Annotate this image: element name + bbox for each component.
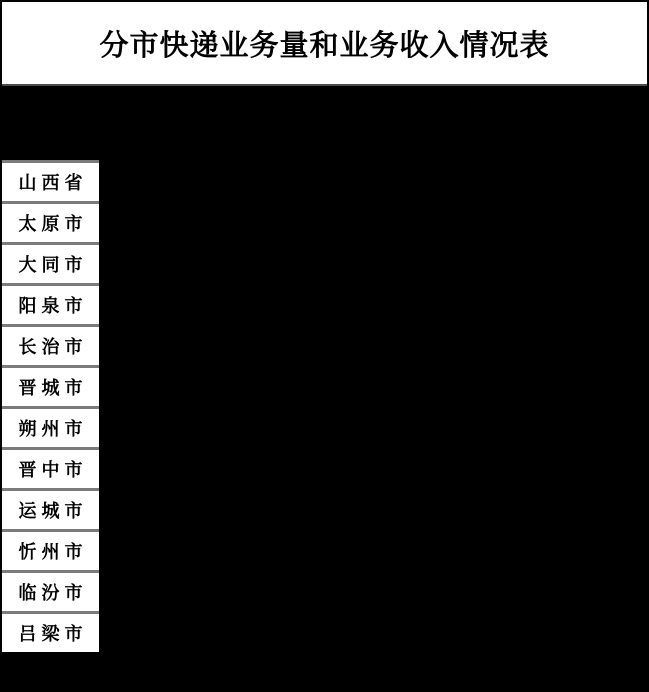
region-label: 吕梁市: [14, 620, 88, 646]
region-cell: 晋城市: [2, 365, 99, 406]
region-label: 山西省: [14, 169, 88, 195]
region-label: 晋城市: [14, 374, 88, 400]
region-label: 太原市: [14, 210, 88, 236]
region-label: 阳泉市: [14, 292, 88, 318]
region-label: 晋中市: [14, 456, 88, 482]
region-label: 忻州市: [14, 538, 88, 564]
region-cell: 阳泉市: [2, 283, 99, 324]
region-label: 长治市: [14, 333, 88, 359]
region-cell: 大同市: [2, 242, 99, 283]
region-cell: 山西省: [2, 160, 99, 201]
region-cell: 吕梁市: [2, 611, 99, 652]
region-label: 朔州市: [14, 415, 88, 441]
region-label: 临汾市: [14, 579, 88, 605]
region-cell: 朔州市: [2, 406, 99, 447]
region-cell: 太原市: [2, 201, 99, 242]
region-cell: 长治市: [2, 324, 99, 365]
region-cell: 运城市: [2, 488, 99, 529]
table-title: 分市快递业务量和业务收入情况表: [99, 23, 549, 64]
table-title-band: 分市快递业务量和业务收入情况表: [2, 2, 647, 86]
region-cell: 忻州市: [2, 529, 99, 570]
region-label: 大同市: [14, 251, 88, 277]
region-label: 运城市: [14, 497, 88, 523]
region-column: 山西省太原市大同市阳泉市长治市晋城市朔州市晋中市运城市忻州市临汾市吕梁市: [2, 160, 99, 652]
region-cell: 临汾市: [2, 570, 99, 611]
region-cell: 晋中市: [2, 447, 99, 488]
